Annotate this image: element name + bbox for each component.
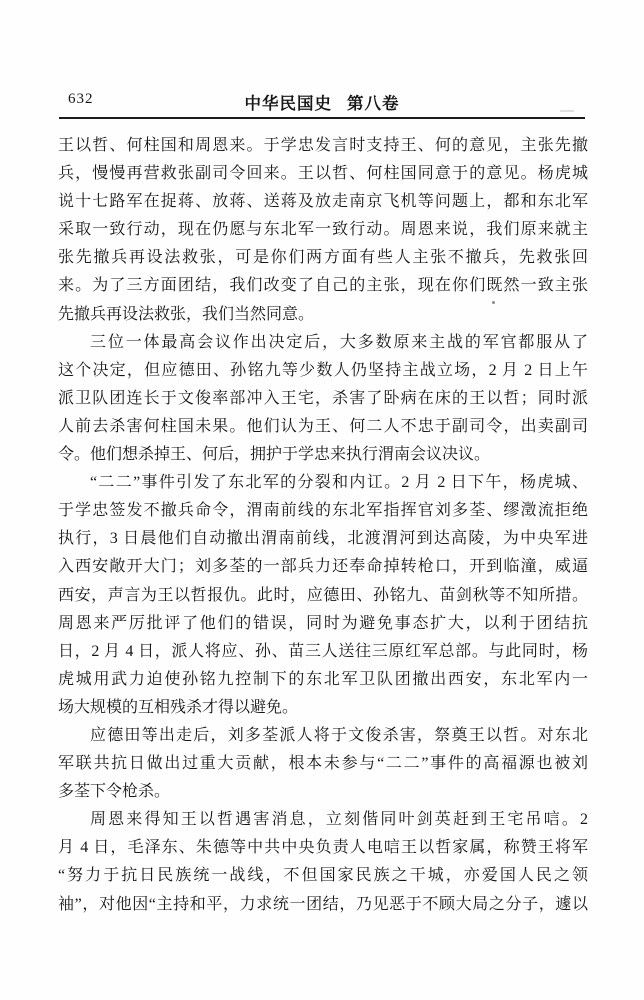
text-line: 人前去杀害何柱国未果。他们认为王、何二人不忠于副司令，出卖副司 (58, 413, 588, 441)
text-line: 三位一体最高会议作出决定后，大多数原来主战的军官都服从了 (58, 329, 588, 357)
text-line: 先撤兵再设法救张，我们当然同意。 (58, 301, 588, 329)
header-rule-divider (59, 117, 585, 119)
text-line: 军联共抗日做出过重大贡献，根本未参与“二二”事件的高福源也被刘 (58, 750, 588, 778)
text-line: 周恩来得知王以哲遇害消息，立刻偕同叶剑英赶到王宅吊唁。2 (58, 806, 588, 834)
text-line: “努力于抗日民族统一战线，不但国家民族之干城，亦爱国人民之领 (58, 862, 588, 890)
text-line: 袖”，对他因“主持和平，力求统一团结，乃见恶于不顾大局之分子，遽以 (58, 891, 588, 919)
text-line: 采取一致行动，现在仍愿与东北军一致行动。周恩来说，我们原来就主 (58, 216, 588, 244)
text-line: 来。为了三方面团结，我们改变了自己的主张，现在你们既然一致主张 (58, 272, 588, 300)
text-line: 于学忠签发不撤兵命令，渭南前线的东北军指挥官刘多荃、缪澂流拒绝 (58, 497, 588, 525)
text-line: 王以哲、何柱国和周恩来。于学忠发言时支持王、何的意见，主张先撤 (58, 132, 588, 160)
page-header: 632 中华民国史第八卷 (59, 90, 585, 112)
text-line: 兵，慢慢再营救张副司令回来。王以哲、何柱国同意于的意见。杨虎城 (58, 160, 588, 188)
volume-label: 第八卷 (347, 95, 400, 113)
text-line: 说十七路军在捉蒋、放蒋、送蒋及放走南京飞机等问题上，都和东北军 (58, 188, 588, 216)
text-line: 月 4 日，毛泽东、朱德等中共中央负责人电唁王以哲家属，称赞王将军 (58, 834, 588, 862)
text-line: 这个决定，但应德田、孙铭九等少数人仍坚持主战立场，2 月 2 日上午 (58, 357, 588, 385)
text-block: 王以哲、何柱国和周恩来。于学忠发言时支持王、何的意见，主张先撤 兵，慢慢再营救张… (58, 132, 588, 919)
text-line: 场大规模的互相残杀才得以避免。 (58, 694, 588, 722)
text-line: 多荃下令枪杀。 (58, 778, 588, 806)
text-line: 张先撤兵再设法救张，可是你们两方面有些人主张不撤兵，先救张回 (58, 244, 588, 272)
text-line: 派卫队团连长于文俊率部冲入王宅，杀害了卧病在床的王以哲；同时派 (58, 385, 588, 413)
book-title: 中华民国史第八卷 (59, 90, 585, 114)
text-line: 入西安敞开大门；刘多荃的一部兵力还奉命掉转枪口，开到临潼，威逼 (58, 553, 588, 581)
scan-speck (560, 110, 574, 112)
text-line: 令。他们想杀掉王、何后，拥护于学忠来执行渭南会议决议。 (58, 441, 588, 469)
text-line: 周恩来严厉批评了他们的错误，同时为避免事态扩大，以利于团结抗 (58, 610, 588, 638)
book-title-text: 中华民国史 (245, 95, 333, 113)
book-page: 632 中华民国史第八卷 王以哲、何柱国和周恩来。于学忠发言时支持王、何的意见，… (0, 0, 644, 1000)
text-line: 日，2 月 4 日，派人将应、孙、苗三人送往三原红军总部。与此同时，杨 (58, 638, 588, 666)
text-line: 虎城用武力迫使孙铭九控制下的东北军卫队团撤出西安，东北军内一 (58, 666, 588, 694)
text-line: “二二”事件引发了东北军的分裂和内讧。2 月 2 日下午，杨虎城、 (58, 469, 588, 497)
text-line: 西安，声言为王以哲报仇。此时，应德田、孙铭九、苗剑秋等不知所措。 (58, 582, 588, 610)
text-line: 应德田等出走后，刘多荃派人将于文俊杀害，祭奠王以哲。对东北 (58, 722, 588, 750)
scan-speck (492, 301, 495, 304)
text-line: 执行，3 日晨他们自动撤出渭南前线，北渡渭河到达高陵，为中央军进 (58, 525, 588, 553)
